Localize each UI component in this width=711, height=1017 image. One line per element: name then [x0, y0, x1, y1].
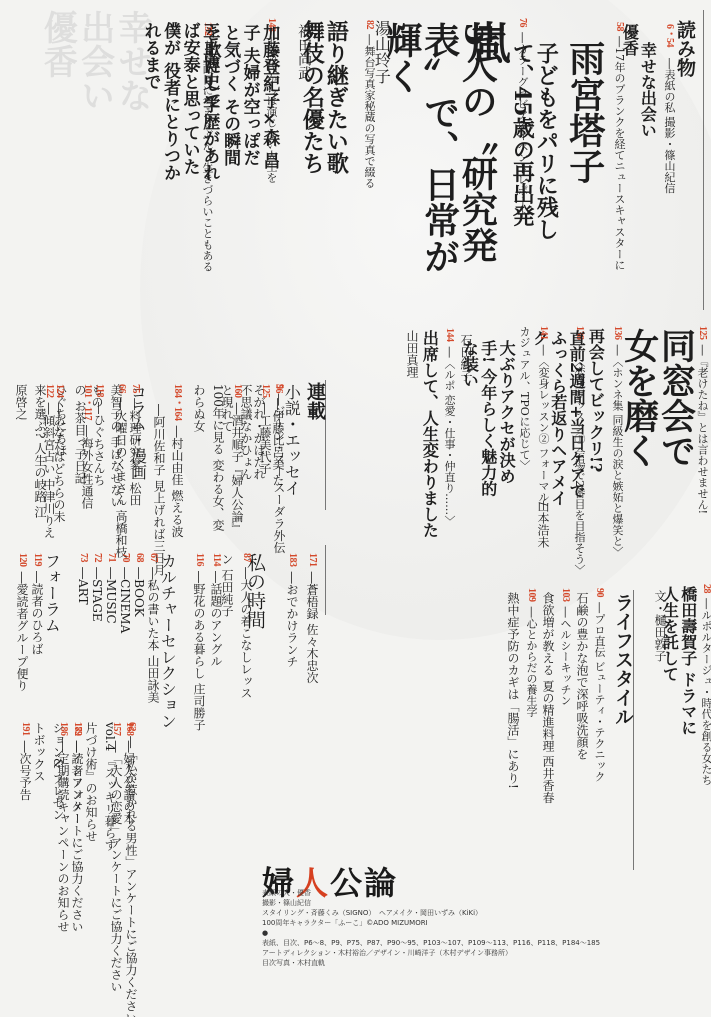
page-number: 70: [120, 553, 131, 562]
toc-entry-forum[interactable]: 120 ―愛読者グループ便り: [13, 553, 32, 692]
entry-text: インフォメーション& プレゼントボックス: [32, 722, 84, 825]
page-number: 125: [697, 326, 708, 340]
page-number: 116: [194, 553, 205, 566]
page-number: 171: [307, 553, 318, 567]
entry-text: 野花のある暮らし 庄司勝子: [192, 583, 206, 731]
entry-text: 蒼梧録 佐々木忠次: [305, 584, 319, 684]
entry-text: 心とからだの養生学: [525, 618, 538, 717]
toc-entry-column[interactable]: 124 ―あなたはどちらの未来を選ぶ? 人生の岐路 江原啓之: [12, 384, 69, 529]
page-number: 6・54: [664, 24, 675, 47]
page-number: 68: [134, 553, 145, 562]
toc-entry-sekken[interactable]: 90 ―プロ直伝 ビューティ・テクニック: [590, 588, 609, 782]
toc-entry-watashi[interactable]: 116 ―野花のある暮らし 庄司勝子: [190, 553, 209, 731]
page-number: 183: [287, 553, 298, 567]
divider: [325, 545, 326, 615]
toc-entry-extra[interactable]: 171 ―蒼梧録 佐々木忠次: [303, 553, 322, 683]
page-number: 184・164: [172, 384, 183, 421]
credit-line: 表紙、目次、P6〜8、P9、P75、P87、P90〜95、P103〜107、P1…: [262, 938, 600, 948]
page-number: 168: [124, 722, 135, 736]
credits: 表紙の人・優香 撮影・篠山紀信 スタイリング・斉藤くみ（SIGNO） ヘアメイク…: [262, 888, 600, 968]
entry-title: 食欲増が教える 夏の精進料理 西井香春: [540, 592, 555, 804]
page-number: 120: [17, 553, 28, 567]
entry-title: 三上博史 学歴があれば安泰と思っていた僕が 役者にとりつかれるまで: [140, 22, 218, 182]
credit-line: ●: [262, 928, 600, 938]
page-number: 189: [72, 722, 83, 736]
toc-entry-misc[interactable]: 191 ―次号予告: [16, 722, 35, 801]
toc-entry-yojo[interactable]: 109 ―心とからだの養生学: [522, 588, 541, 717]
page-number: 103: [560, 588, 571, 602]
credit-line: スタイリング・斉藤くみ（SIGNO） ヘアメイク・岡田いずみ（KiKi）: [262, 908, 600, 918]
page-number: 109: [526, 588, 537, 602]
entry-subtitle: 『老けたね』とは言わせません!: [696, 356, 709, 514]
entry-text: プロ直伝 ビューティ・テクニック: [593, 613, 606, 782]
toc-entry-yuka[interactable]: 6・54 ―表紙の私 撮影・篠山紀信: [660, 24, 679, 194]
page-number: 114: [211, 553, 222, 566]
page-number: 87: [241, 553, 252, 562]
section-rensai: 連載: [302, 382, 329, 420]
entry-subtitle: 〈ホンネ集 同級生の涙と嫉妬と爆笑と〉: [611, 356, 624, 558]
entry-text: 愛読者グループ便り: [15, 584, 29, 692]
toc-entry-culture[interactable]: 73 ―ART: [74, 553, 93, 605]
page-number: 136: [612, 326, 623, 340]
entry-subtitle: ルポルタージュ・時代を創る女たち: [700, 609, 711, 785]
page-number: 73: [78, 553, 89, 562]
toc-entry-novel[interactable]: 160 ―酒井順子『婦人公論』100年に見る 変わる女、変わらぬ女: [190, 384, 247, 534]
entry-title: 5人の〝研究発表〟で、日常が輝く: [382, 22, 495, 292]
page-number: 82: [364, 20, 375, 29]
entry-author: 福田尚武: [296, 24, 312, 80]
page-number: 119: [32, 553, 43, 566]
entry-text: 読者のひろば: [30, 583, 44, 655]
feature-title: 同窓会で女を磨く: [620, 328, 694, 478]
entry-text: ART: [76, 579, 90, 605]
entry-author: 石田純子: [458, 334, 475, 382]
toc-entry-novel[interactable]: 184・164 ―村山由佳 燃える波: [168, 384, 187, 537]
toc-entry-amemiya[interactable]: 58 ―17年のブランクを経てニュースキャスターに: [610, 22, 629, 270]
entry-text: 村山由佳 燃える波: [170, 438, 184, 538]
credit-line: 撮影・篠山紀信: [262, 898, 600, 908]
page-number: 191: [20, 722, 31, 736]
entry-text: 話題のアングル: [209, 583, 223, 667]
toc-entry-misc[interactable]: 168 ―婦人公論の本 vol.4 『スッキリ暮らす片づけ術』のお知らせ: [82, 722, 139, 857]
divider: [703, 10, 704, 310]
entry-subtitle: 舞台写真家秘蔵の写真で綴る: [363, 45, 376, 188]
page-number: 118: [94, 384, 105, 397]
toc-entry-lupo[interactable]: 144 ―〈ルポ 恋愛・仕事・仲直り……〉: [440, 328, 459, 526]
credit-line: 100周年キャラクター「ふーこ」©ADO MIZUMORI: [262, 918, 600, 928]
toc-entry-arashi[interactable]: 76 ―カラーグラビア&イベントレポート: [513, 18, 532, 218]
page-number: 67: [148, 553, 159, 562]
entry-author: 山田真理: [404, 330, 421, 378]
entry-subtitle: カラーグラビア&イベントレポート: [516, 43, 529, 218]
toc-entry-misc[interactable]: 189 ―インフォメーション& プレゼントボックス: [30, 722, 87, 827]
page-number: 124: [54, 384, 65, 398]
page-number: 72: [92, 553, 103, 562]
page-number: 58: [614, 22, 625, 31]
toc-entry-hashida[interactable]: 28 ―ルポルタージュ・時代を創る女たち: [697, 584, 711, 785]
page-number: 75: [130, 384, 141, 393]
toc-entry-saikai[interactable]: 136 ―〈ホンネ集 同級生の涙と嫉妬と爆笑と〉: [608, 326, 627, 557]
background-ghost-text: 幸せな出会い 優香: [40, 10, 150, 130]
page-number: 71: [106, 553, 117, 562]
entry-text: あなたはどちらの未来を選ぶ? 人生の岐路 江原啓之: [14, 384, 66, 523]
toc-entry-kitchen[interactable]: 103 ―ヘルシーキッチン: [556, 588, 575, 706]
entry-subtitle: 17年のブランクを経てニュースキャスターに: [613, 47, 626, 270]
page-number: 141: [538, 326, 549, 340]
page-number: 90: [594, 588, 605, 597]
entry-title: 熱中症予防のカギは「腸活」にあり!: [505, 592, 520, 789]
toc-entry-watashi[interactable]: 114 ―話題のアングル: [207, 553, 226, 667]
page-number: 28: [701, 584, 711, 593]
credit-line: 目次写真・木村直軌: [262, 958, 600, 968]
entry-text: ヘルシーキッチン: [559, 618, 572, 706]
entry-title: 出席して、人生変わりました: [420, 330, 438, 538]
section-lifestyle: ライフスタイル: [610, 593, 637, 726]
entry-text: 阿川佐和子 見上げれば三日月: [152, 416, 166, 576]
toc-entry-novel[interactable]: ―阿川佐和子 見上げれば三日月: [150, 404, 169, 576]
entry-subtitle: 〈ルポ 恋愛・仕事・仲直り……〉: [443, 358, 456, 527]
entry-title: 幸せな出会い: [638, 42, 656, 138]
entry-text: 酒井順子『婦人公論』100年に見る 変わる女、変わらぬ女: [192, 384, 244, 531]
credit-line: アートディレクション・木村裕治／デザイン・川崎洋子（木村デザイン事務所）: [262, 948, 600, 958]
page-number: 125: [260, 384, 271, 398]
entry-text: おでかけランチ: [285, 584, 299, 668]
entry-text: 次号予告: [18, 753, 32, 801]
toc-entry-accessory[interactable]: 141 ―〈変身レッスン② フォーマル/カジュアル、TPOに応じて〉: [515, 326, 553, 516]
toc-entry-extra[interactable]: 183 ―おでかけランチ: [283, 553, 302, 668]
credit-line: 表紙の人・優香: [262, 888, 600, 898]
entry-title: 石鹸の豊かな泡で深呼吸洗顔を: [574, 592, 589, 760]
entry-text: 婦人公論の本 vol.4 『スッキリ暮らす片づけ術』のお知らせ: [84, 722, 136, 851]
page-number: 144: [444, 328, 455, 342]
toc-entry-kabuki[interactable]: 82 ―舞台写真家秘蔵の写真で綴る: [360, 20, 379, 188]
entry-subtitle: 表紙の私 撮影・篠山紀信: [663, 69, 676, 194]
entry-author: 文・樋田敦子: [652, 590, 669, 662]
page-number: 160: [232, 384, 243, 398]
entry-subtitle: 〈変身レッスン② フォーマル/カジュアル、TPOに応じて〉: [518, 326, 550, 506]
page-number: 76: [517, 18, 528, 27]
entry-title-big: 雨宮塔子: [565, 40, 603, 184]
